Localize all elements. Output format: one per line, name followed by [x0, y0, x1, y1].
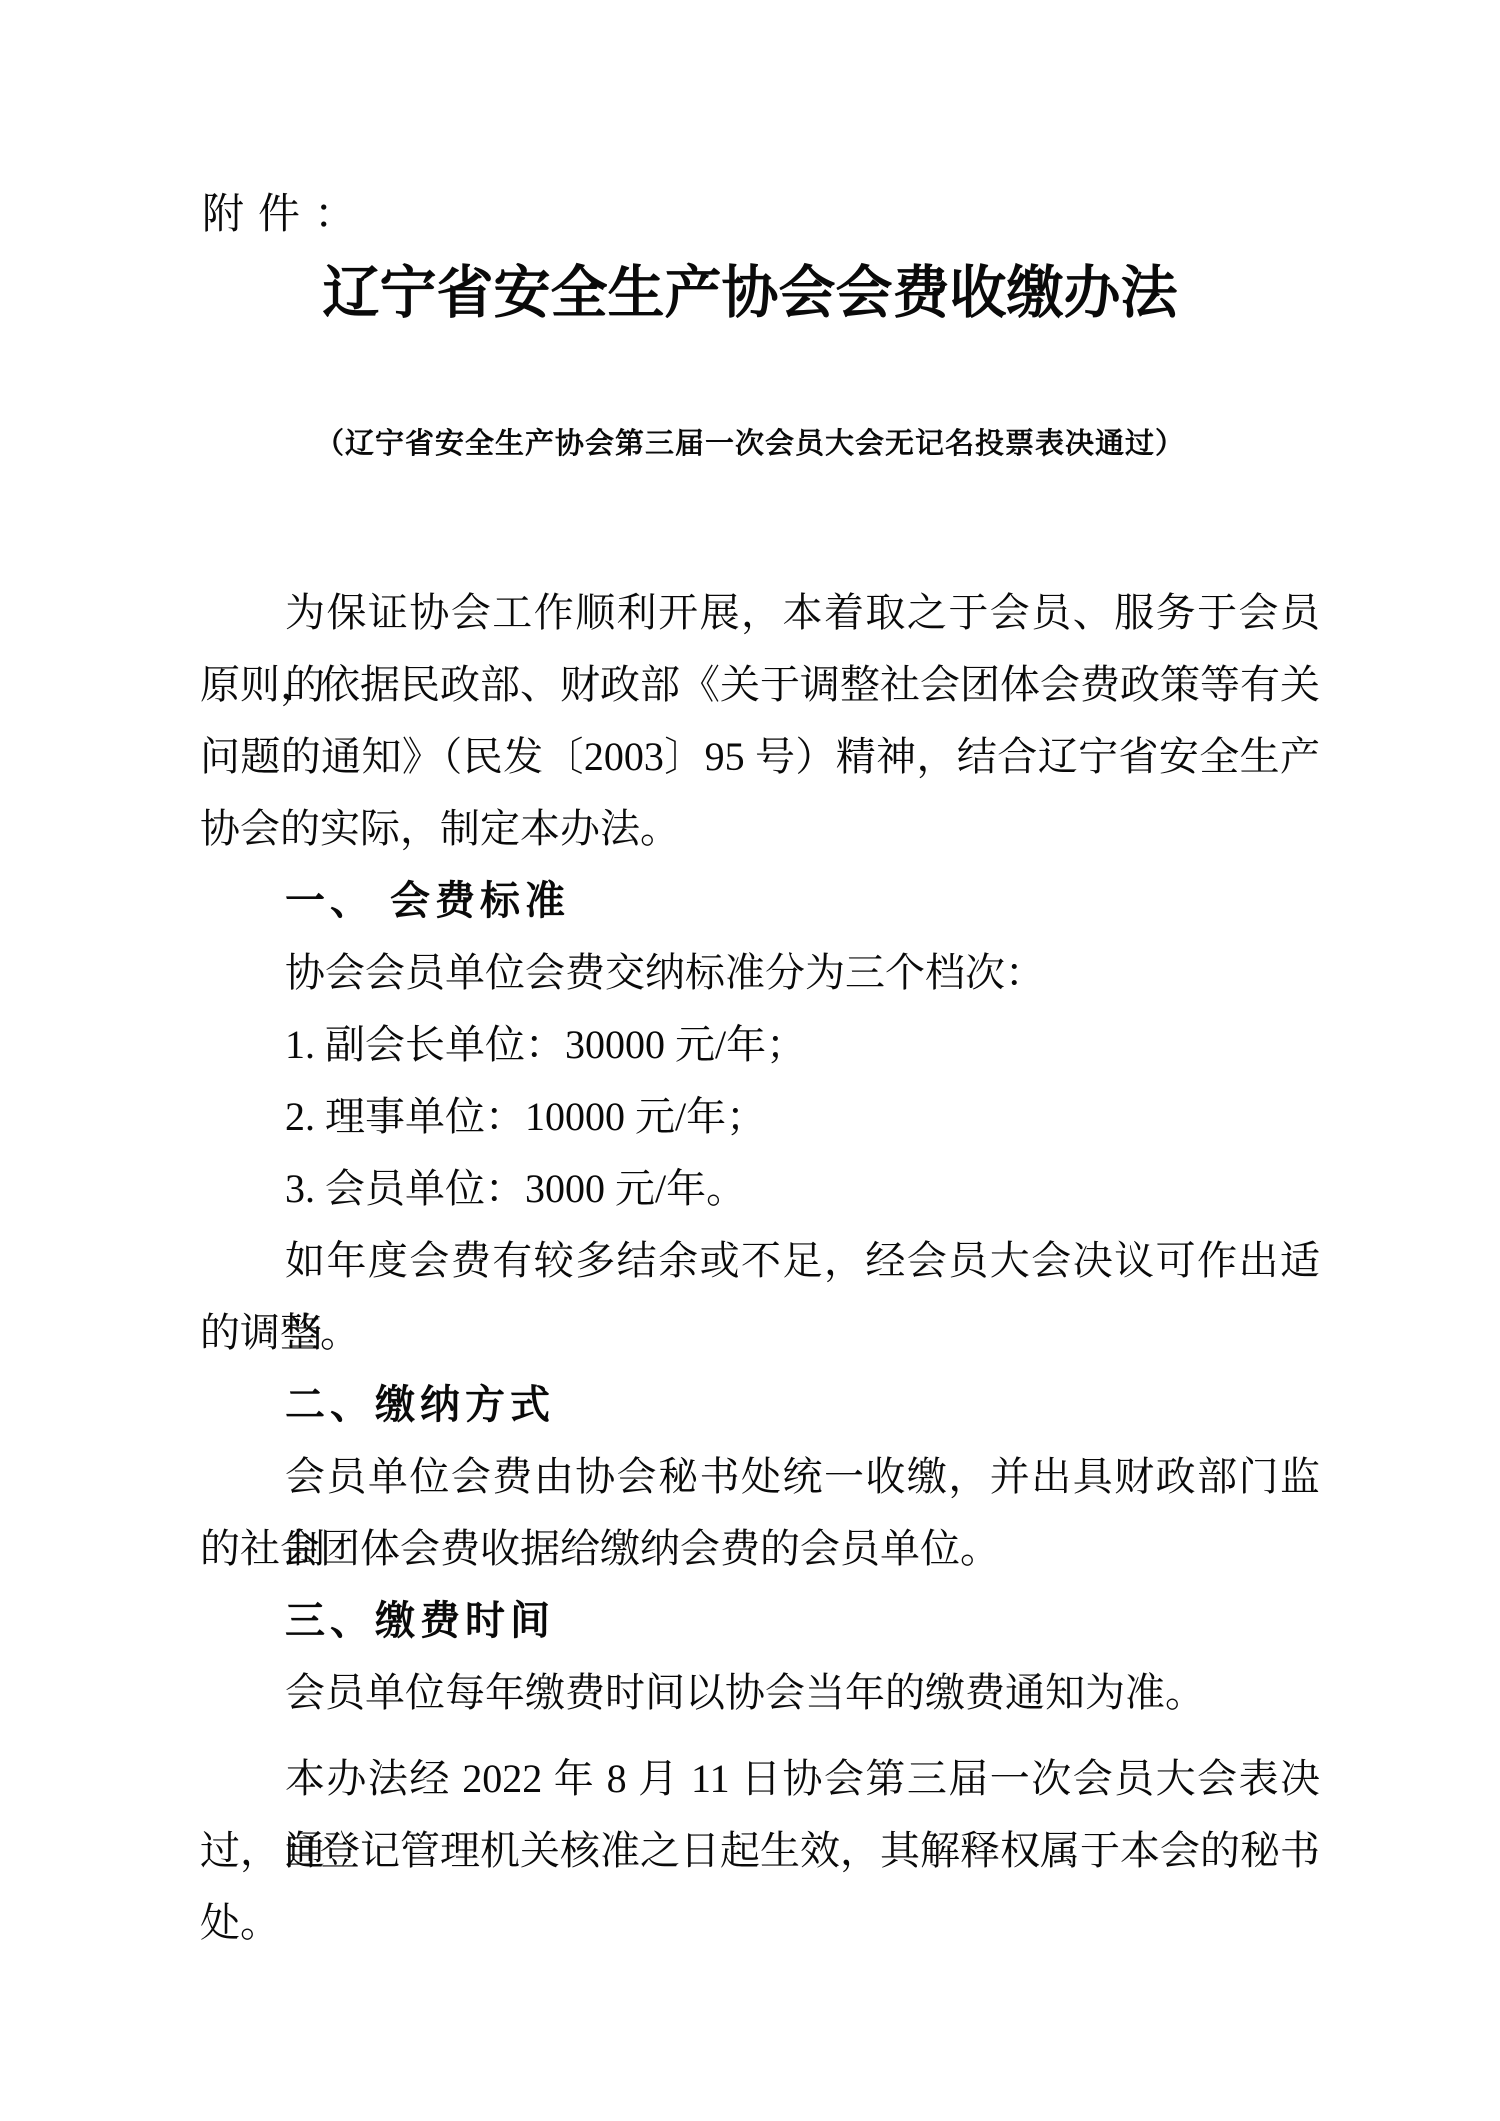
body-line: 原则，依据民政部、财政部《关于调整社会团体会费政策等有关 — [200, 649, 1320, 721]
fee-tier-line: 2. 理事单位：10000 元/年； — [200, 1081, 1320, 1153]
body-line: 为保证协会工作顺利开展，本着取之于会员、服务于会员的 — [200, 577, 1320, 649]
body-line: 处。 — [200, 1887, 1320, 1959]
document-subtitle: （辽宁省安全生产协会第三届一次会员大会无记名投票表决通过） — [0, 427, 1500, 462]
body-line: 的调整。 — [200, 1297, 1320, 1369]
fee-tier-line: 3. 会员单位：3000 元/年。 — [200, 1153, 1320, 1225]
fee-tier-line: 1. 副会长单位：30000 元/年； — [200, 1009, 1320, 1081]
attachment-label: 附件： — [202, 194, 370, 236]
section-heading-payment-method: 二、缴纳方式 — [200, 1369, 1320, 1441]
body-line: 问题的通知》（民发〔2003〕95 号）精神，结合辽宁省安全生产 — [200, 721, 1320, 793]
document-title: 辽宁省安全生产协会会费收缴办法 — [0, 263, 1500, 326]
section-heading-fee-standard: 一、 会费标准 — [200, 865, 1320, 937]
body-line: 协会会员单位会费交纳标准分为三个档次： — [200, 937, 1320, 1009]
document-body: 为保证协会工作顺利开展，本着取之于会员、服务于会员的 原则，依据民政部、财政部《… — [200, 577, 1320, 1959]
document-page: 附件： 辽宁省安全生产协会会费收缴办法 （辽宁省安全生产协会第三届一次会员大会无… — [0, 0, 1500, 2121]
body-line: 会员单位会费由协会秘书处统一收缴，并出具财政部门监制 — [200, 1441, 1320, 1513]
section-heading-payment-time: 三、缴费时间 — [200, 1585, 1320, 1657]
body-line: 如年度会费有较多结余或不足，经会员大会决议可作出适当 — [200, 1225, 1320, 1297]
body-line: 过，自登记管理机关核准之日起生效，其解释权属于本会的秘书 — [200, 1815, 1320, 1887]
body-line: 协会的实际，制定本办法。 — [200, 793, 1320, 865]
body-line: 的社会团体会费收据给缴纳会费的会员单位。 — [200, 1513, 1320, 1585]
body-line: 会员单位每年缴费时间以协会当年的缴费通知为准。 — [200, 1657, 1320, 1729]
body-line: 本办法经 2022 年 8 月 11 日协会第三届一次会员大会表决通 — [200, 1743, 1320, 1815]
